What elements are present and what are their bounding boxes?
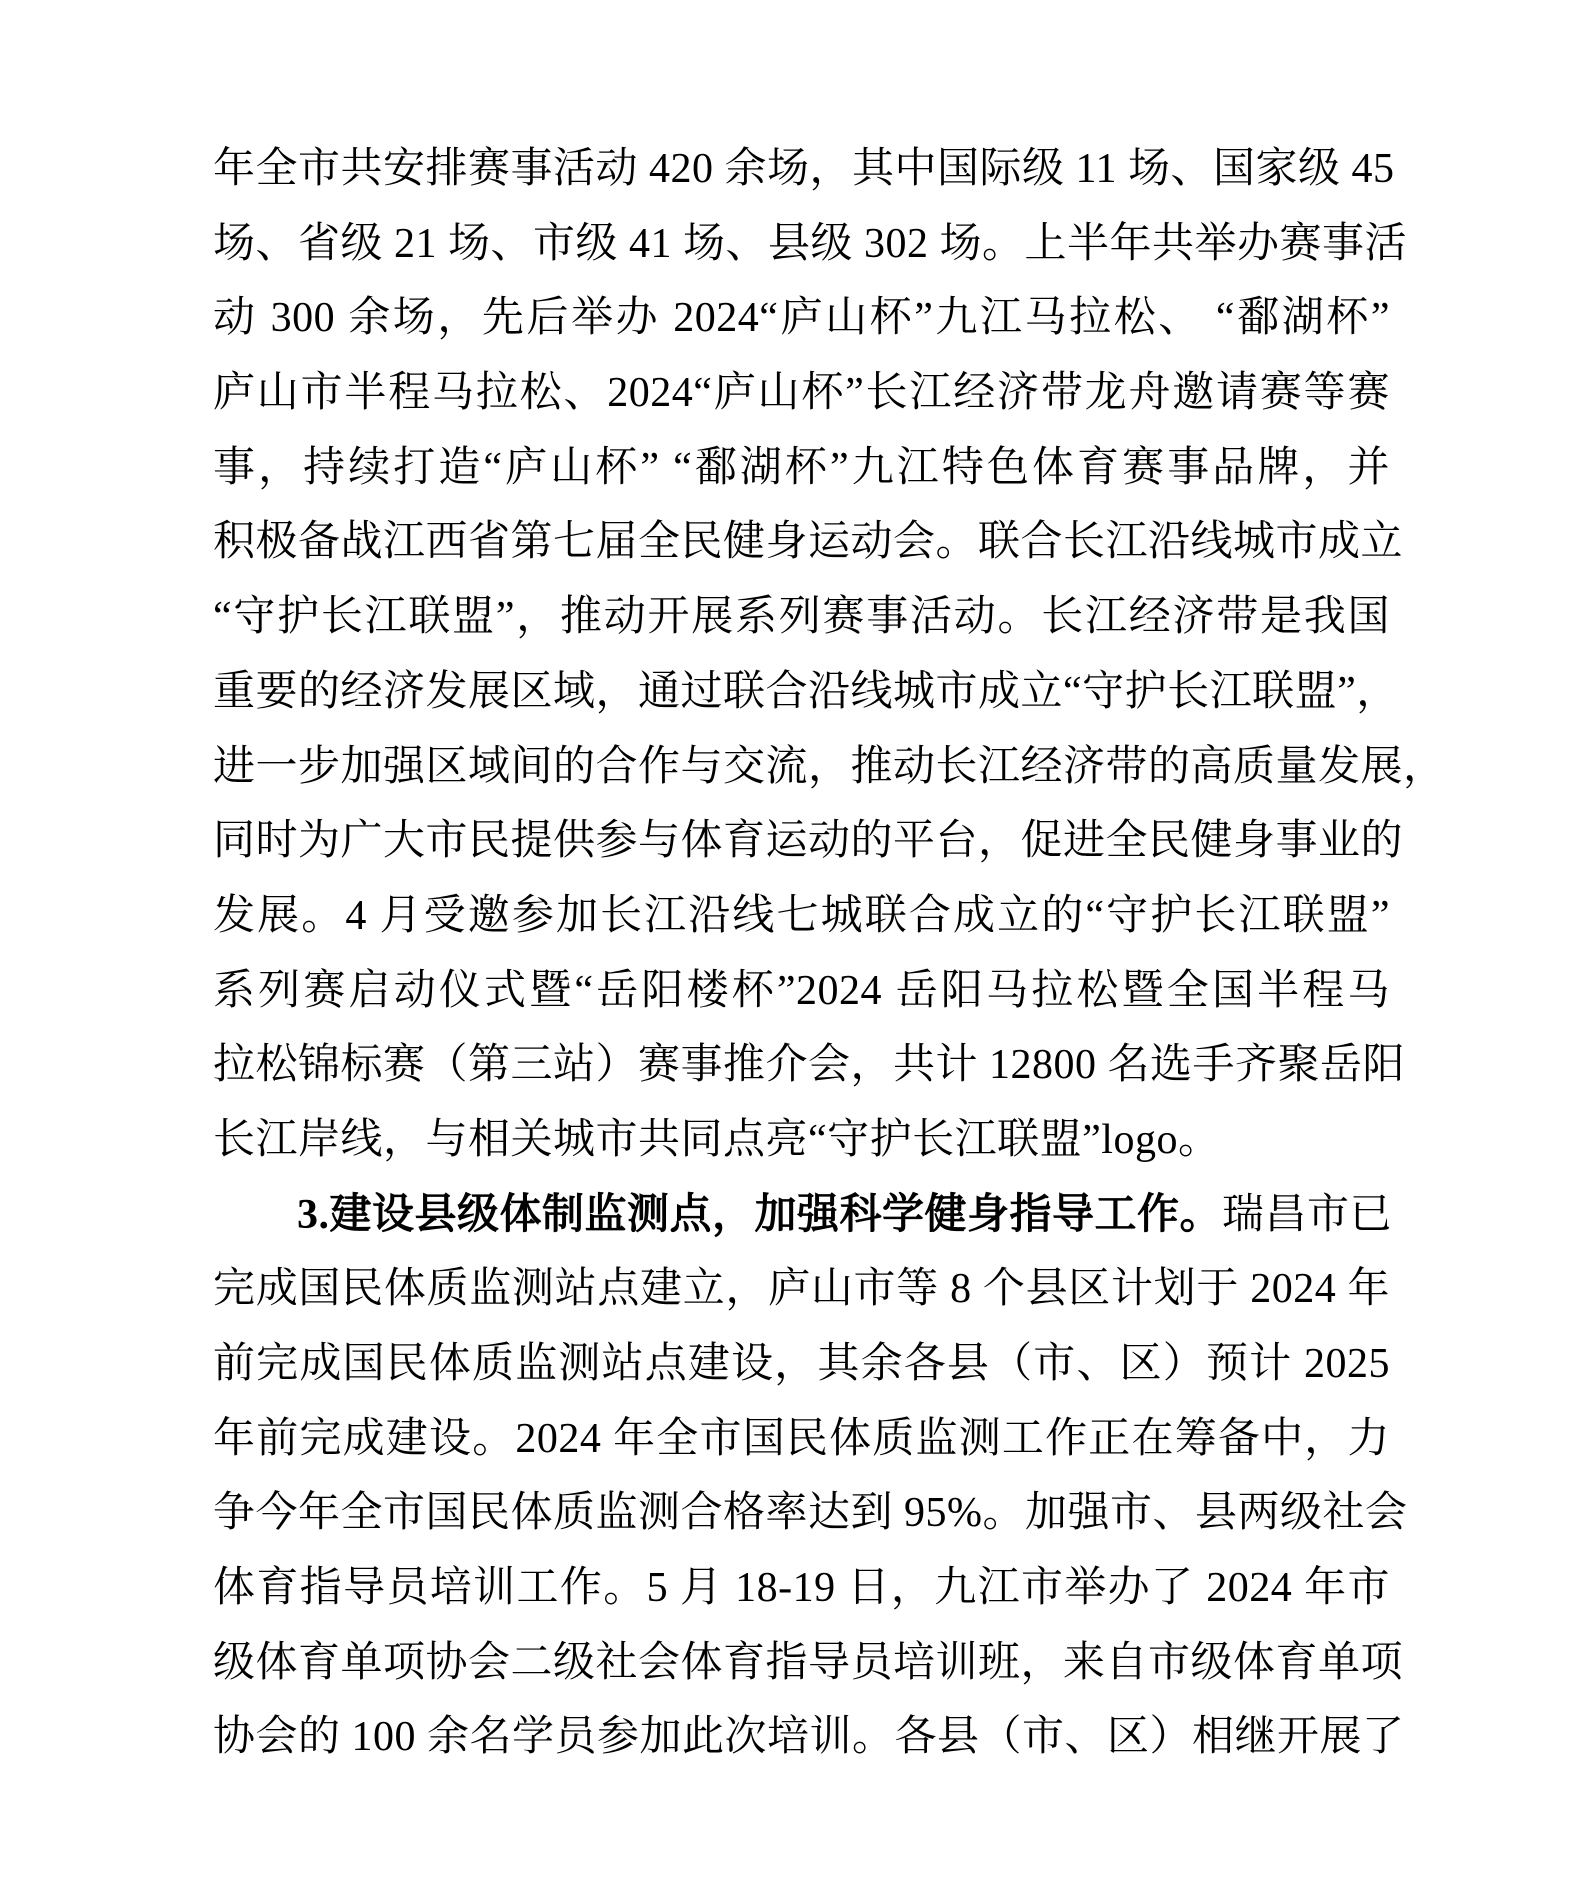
text-line: 庐山市半程马拉松、2024“庐山杯”长江经济带龙舟邀请赛等赛 [213,356,1390,431]
text-line: 前完成国民体质监测站点建设，其余各县（市、区）预计 2025 [213,1327,1390,1402]
text-line: 系列赛启动仪式暨“岳阳楼杯”2024 岳阳马拉松暨全国半程马 [213,954,1390,1029]
text-line: 体育指导员培训工作。5 月 18-19 日，九江市举办了 2024 年市 [213,1551,1390,1626]
body-text: “守护长江联盟”，推动开展系列赛事活动。长江经济带是我国 [213,594,1390,640]
body-text: 长江岸线，与相关城市共同点亮“守护长江联盟”logo。 [213,1117,1220,1163]
body-text: 场、省级 21 场、市级 41 场、县级 302 场。上半年共举办赛事活 [213,221,1407,267]
body-text: 进一步加强区域间的合作与交流，推动长江经济带的高质量发展， [213,744,1446,790]
text-line: 事，持续打造“庐山杯” “鄱湖杯”九江特色体育赛事品牌，并 [213,431,1390,506]
body-text: 动 300 余场，先后举办 2024“庐山杯”九江马拉松、 “鄱湖杯” [213,295,1390,341]
document-page: 年全市共安排赛事活动 420 余场，其中国际级 11 场、国家级 45场、省级 … [0,0,1587,1903]
body-text: 同时为广大市民提供参与体育运动的平台，促进全民健身事业的 [213,818,1403,864]
body-text: 协会的 100 余名学员参加此次培训。各县（市、区）相继开展了 [213,1714,1405,1760]
text-line: 重要的经济发展区域，通过联合沿线城市成立“守护长江联盟”， [213,655,1390,730]
text-line: 争今年全市国民体质监测合格率达到 95%。加强市、县两级社会 [213,1476,1390,1551]
text-line: 年全市共安排赛事活动 420 余场，其中国际级 11 场、国家级 45 [213,132,1390,207]
body-text: 争今年全市国民体质监测合格率达到 95%。加强市、县两级社会 [213,1490,1408,1536]
text-line: 场、省级 21 场、市级 41 场、县级 302 场。上半年共举办赛事活 [213,207,1390,282]
body-text: 体育指导员培训工作。5 月 18-19 日，九江市举办了 2024 年市 [213,1565,1390,1611]
body-text: 级体育单项协会二级社会体育指导员培训班，来自市级体育单项 [213,1640,1403,1686]
body-text: 庐山市半程马拉松、2024“庐山杯”长江经济带龙舟邀请赛等赛 [213,370,1390,416]
text-line: 协会的 100 余名学员参加此次培训。各县（市、区）相继开展了 [213,1700,1390,1775]
text-line: “守护长江联盟”，推动开展系列赛事活动。长江经济带是我国 [213,580,1390,655]
body-text: 前完成国民体质监测站点建设，其余各县（市、区）预计 2025 [213,1341,1390,1387]
document-body: 年全市共安排赛事活动 420 余场，其中国际级 11 场、国家级 45场、省级 … [213,132,1390,1775]
text-line: 拉松锦标赛（第三站）赛事推介会，共计 12800 名选手齐聚岳阳 [213,1028,1390,1103]
body-text: 拉松锦标赛（第三站）赛事推介会，共计 12800 名选手齐聚岳阳 [213,1042,1405,1088]
body-text: 系列赛启动仪式暨“岳阳楼杯”2024 岳阳马拉松暨全国半程马 [213,968,1390,1014]
body-text: 完成国民体质监测站点建立，庐山市等 8 个县区计划于 2024 年 [213,1266,1390,1312]
text-line: 积极备战江西省第七届全民健身运动会。联合长江沿线城市成立 [213,505,1390,580]
text-line: 发展。4 月受邀参加长江沿线七城联合成立的“守护长江联盟” [213,879,1390,954]
text-line: 动 300 余场，先后举办 2024“庐山杯”九江马拉松、 “鄱湖杯” [213,281,1390,356]
body-text: 年前完成建设。2024 年全市国民体质监测工作正在筹备中，力 [213,1416,1390,1462]
text-line: 3.建设县级体制监测点，加强科学健身指导工作。瑞昌市已 [213,1178,1390,1253]
text-line: 完成国民体质监测站点建立，庐山市等 8 个县区计划于 2024 年 [213,1252,1390,1327]
text-line: 级体育单项协会二级社会体育指导员培训班，来自市级体育单项 [213,1626,1390,1701]
body-text: 事，持续打造“庐山杯” “鄱湖杯”九江特色体育赛事品牌，并 [213,445,1390,491]
body-text: 瑞昌市已 [1222,1192,1392,1238]
subheading-text: 3.建设县级体制监测点，加强科学健身指导工作。 [297,1192,1222,1238]
body-text: 重要的经济发展区域，通过联合沿线城市成立“守护长江联盟”， [213,669,1399,715]
body-text: 年全市共安排赛事活动 420 余场，其中国际级 11 场、国家级 45 [213,146,1394,192]
text-line: 同时为广大市民提供参与体育运动的平台，促进全民健身事业的 [213,804,1390,879]
body-text: 发展。4 月受邀参加长江沿线七城联合成立的“守护长江联盟” [213,893,1390,939]
text-line: 年前完成建设。2024 年全市国民体质监测工作正在筹备中，力 [213,1402,1390,1477]
text-line: 长江岸线，与相关城市共同点亮“守护长江联盟”logo。 [213,1103,1390,1178]
body-text: 积极备战江西省第七届全民健身运动会。联合长江沿线城市成立 [213,519,1403,565]
text-line: 进一步加强区域间的合作与交流，推动长江经济带的高质量发展， [213,730,1390,805]
